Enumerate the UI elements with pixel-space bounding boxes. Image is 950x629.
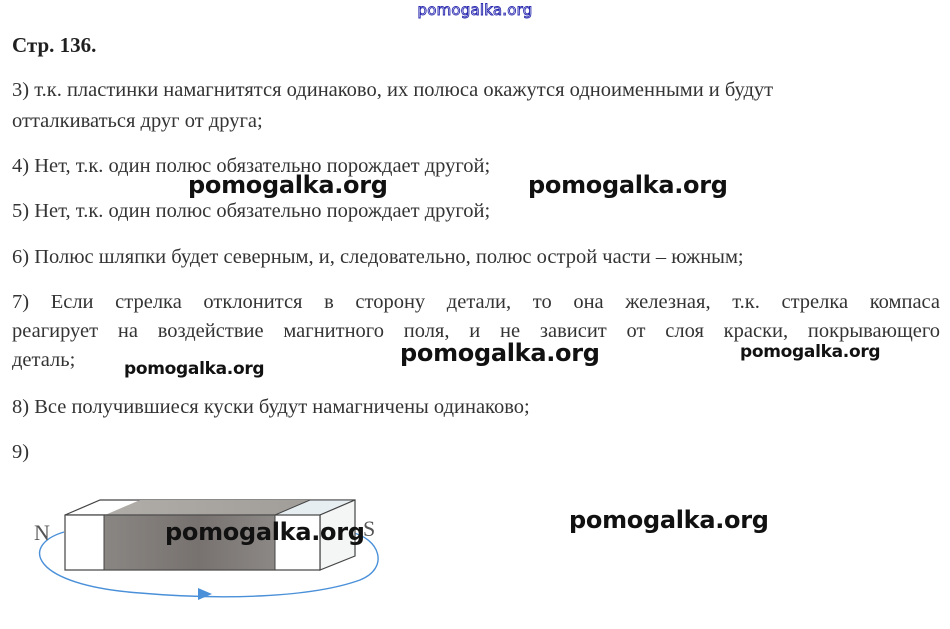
bar-magnet-icon	[20, 490, 420, 620]
answer-5: 5) Нет, т.к. один полюс обязательно поро…	[12, 201, 940, 222]
site-watermark[interactable]: pomogalka.org	[0, 1, 950, 19]
watermark-6: pomogalka.org	[165, 520, 365, 544]
answer-4: 4) Нет, т.к. один полюс обязательно поро…	[12, 156, 940, 177]
page-heading: Стр. 136.	[12, 33, 96, 58]
answer-7-line-1: 7) Если стрелка отклонится в сторону дет…	[12, 292, 940, 313]
north-pole-label: N	[34, 520, 50, 546]
watermark-7: pomogalka.org	[569, 508, 769, 532]
watermark-3: pomogalka.org	[400, 341, 600, 365]
watermark-1: pomogalka.org	[188, 173, 388, 197]
bar-magnet-figure: N S	[20, 490, 420, 620]
answer-9: 9)	[12, 442, 940, 463]
answer-3-line-1: 3) т.к. пластинки намагнитятся одинаково…	[12, 80, 940, 101]
answer-6: 6) Полюс шляпки будет северным, и, следо…	[12, 247, 940, 268]
document-page: pomogalka.org Стр. 136. 3) т.к. пластинк…	[0, 0, 950, 629]
south-pole-label: S	[363, 516, 375, 542]
answer-8: 8) Все получившиеся куски будут намагнич…	[12, 397, 940, 418]
watermark-2: pomogalka.org	[528, 173, 728, 197]
answer-3-line-2: отталкиваться друг от друга;	[12, 111, 940, 132]
watermark-4: pomogalka.org	[740, 344, 880, 361]
watermark-5: pomogalka.org	[124, 361, 264, 378]
